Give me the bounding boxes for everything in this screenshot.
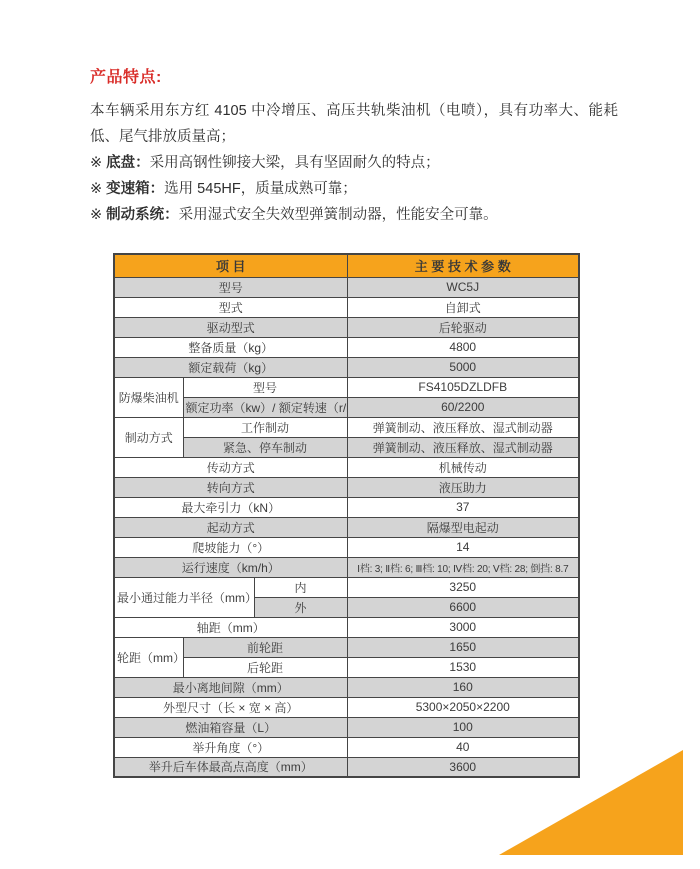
row-value: 隔爆型电起动 [347,517,579,537]
row-value: 1650 [347,637,579,657]
row-value: 1530 [347,657,579,677]
table-header-item: 项 目 [114,254,347,277]
table-row: 整备质量（kg）4800 [114,337,579,357]
bullet-label: 制动系统： [106,207,179,223]
row-label: 前轮距 [183,637,347,657]
document-page: { "features": { "title": "产品特点:", "intro… [0,0,700,869]
feature-bullet-brakes: ※制动系统：采用湿式安全失效型弹簧制动器，性能安全可靠。 [90,202,618,228]
row-value: 5300×2050×2200 [347,697,579,717]
row-label: 运行速度（km/h） [114,557,347,577]
table-row: 轴距（mm）3000 [114,617,579,637]
row-label: 举升角度（°） [114,737,347,757]
row-label: 外 [254,597,347,617]
row-value: 液压助力 [347,477,579,497]
row-value: 机械传动 [347,457,579,477]
bullet-text: 采用高钢性铆接大梁，具有坚固耐久的特点； [150,155,440,171]
table-row: 起动方式隔爆型电起动 [114,517,579,537]
row-label: 最小离地间隙（mm） [114,677,347,697]
row-value: FS4105DZLDFB [347,377,579,397]
table-row: 转向方式液压助力 [114,477,579,497]
bullet-text: 选用 545HF，质量成熟可靠； [164,181,357,197]
bullet-label: 底盘： [106,155,150,171]
row-label: 型号 [183,377,347,397]
row-value: 3250 [347,577,579,597]
table-row: 型式自卸式 [114,297,579,317]
row-value: 160 [347,677,579,697]
feature-bullet-gearbox: ※变速箱：选用 545HF，质量成熟可靠； [90,176,618,202]
row-label: 轴距（mm） [114,617,347,637]
bullet-text: 采用湿式安全失效型弹簧制动器，性能安全可靠。 [179,207,498,223]
table-row: 驱动型式后轮驱动 [114,317,579,337]
row-value: 4800 [347,337,579,357]
table-row: 爬坡能力（°）14 [114,537,579,557]
features-intro: 本车辆采用东方红 4105 中冷增压、高压共轨柴油机（电喷），具有功率大、能耗低… [90,98,618,150]
row-label: 举升后车体最高点高度（mm） [114,757,347,777]
row-value: 弹簧制动、液压释放、湿式制动器 [347,437,579,457]
row-label: 起动方式 [114,517,347,537]
table-header-params: 主 要 技 术 参 数 [347,254,579,277]
row-label: 传动方式 [114,457,347,477]
row-label: 燃油箱容量（L） [114,717,347,737]
table-row: 制动方式 工作制动 弹簧制动、液压释放、湿式制动器 [114,417,579,437]
row-label: 工作制动 [183,417,347,437]
group-label-turning-radius: 最小通过能力半径（mm） [114,577,254,617]
row-value: 自卸式 [347,297,579,317]
table-row: 额定载荷（kg）5000 [114,357,579,377]
table-row: 传动方式机械传动 [114,457,579,477]
table-row: 最小通过能力半径（mm） 内 3250 [114,577,579,597]
spec-table: 项 目 主 要 技 术 参 数 型号WC5J 型式自卸式 驱动型式后轮驱动 整备… [113,253,580,778]
table-row: 防爆柴油机 型号 FS4105DZLDFB [114,377,579,397]
table-row: 后轮距1530 [114,657,579,677]
table-row: 运行速度（km/h）Ⅰ档: 3; Ⅱ档: 6; Ⅲ档: 10; Ⅳ档: 20; … [114,557,579,577]
table-row: 燃油箱容量（L）100 [114,717,579,737]
table-row: 型号WC5J [114,277,579,297]
row-value: 6600 [347,597,579,617]
row-value: 弹簧制动、液压释放、湿式制动器 [347,417,579,437]
table-row: 紧急、停车制动弹簧制动、液压释放、湿式制动器 [114,437,579,457]
group-label-track-width: 轮距（mm） [114,637,183,677]
row-label: 紧急、停车制动 [183,437,347,457]
table-row: 举升后车体最高点高度（mm）3600 [114,757,579,777]
row-value: 40 [347,737,579,757]
row-label: 整备质量（kg） [114,337,347,357]
table-row: 最大牵引力（kN）37 [114,497,579,517]
row-label: 最大牵引力（kN） [114,497,347,517]
reference-mark: ※ [90,207,102,223]
feature-bullet-chassis: ※底盘：采用高钢性铆接大梁，具有坚固耐久的特点； [90,150,618,176]
row-label: 额定功率（kw）/ 额定转速（r/min） [183,397,347,417]
group-label-braking: 制动方式 [114,417,183,457]
row-value: 14 [347,537,579,557]
row-value-speeds: Ⅰ档: 3; Ⅱ档: 6; Ⅲ档: 10; Ⅳ档: 20; Ⅴ档: 28; 倒挡… [347,557,579,577]
features-title: 产品特点: [90,64,618,87]
bullet-label: 变速箱： [106,181,164,197]
reference-mark: ※ [90,181,102,197]
row-label: 外型尺寸（长 × 宽 × 高） [114,697,347,717]
row-value: 后轮驱动 [347,317,579,337]
product-features-section: 产品特点: 本车辆采用东方红 4105 中冷增压、高压共轨柴油机（电喷），具有功… [90,64,618,228]
table-row: 举升角度（°）40 [114,737,579,757]
row-value: 5000 [347,357,579,377]
row-value: 37 [347,497,579,517]
row-value: 3000 [347,617,579,637]
row-label: 后轮距 [183,657,347,677]
table-row: 外型尺寸（长 × 宽 × 高）5300×2050×2200 [114,697,579,717]
row-label: 转向方式 [114,477,347,497]
row-value: 3600 [347,757,579,777]
table-row: 最小离地间隙（mm）160 [114,677,579,697]
row-label: 驱动型式 [114,317,347,337]
row-label: 型式 [114,297,347,317]
row-label: 额定载荷（kg） [114,357,347,377]
row-label: 内 [254,577,347,597]
table-row: 轮距（mm） 前轮距 1650 [114,637,579,657]
table-header-row: 项 目 主 要 技 术 参 数 [114,254,579,277]
row-label: 爬坡能力（°） [114,537,347,557]
row-value: 60/2200 [347,397,579,417]
reference-mark: ※ [90,155,102,171]
row-value: 100 [347,717,579,737]
row-label: 型号 [114,277,347,297]
row-value: WC5J [347,277,579,297]
group-label-engine: 防爆柴油机 [114,377,183,417]
table-row: 额定功率（kw）/ 额定转速（r/min）60/2200 [114,397,579,417]
